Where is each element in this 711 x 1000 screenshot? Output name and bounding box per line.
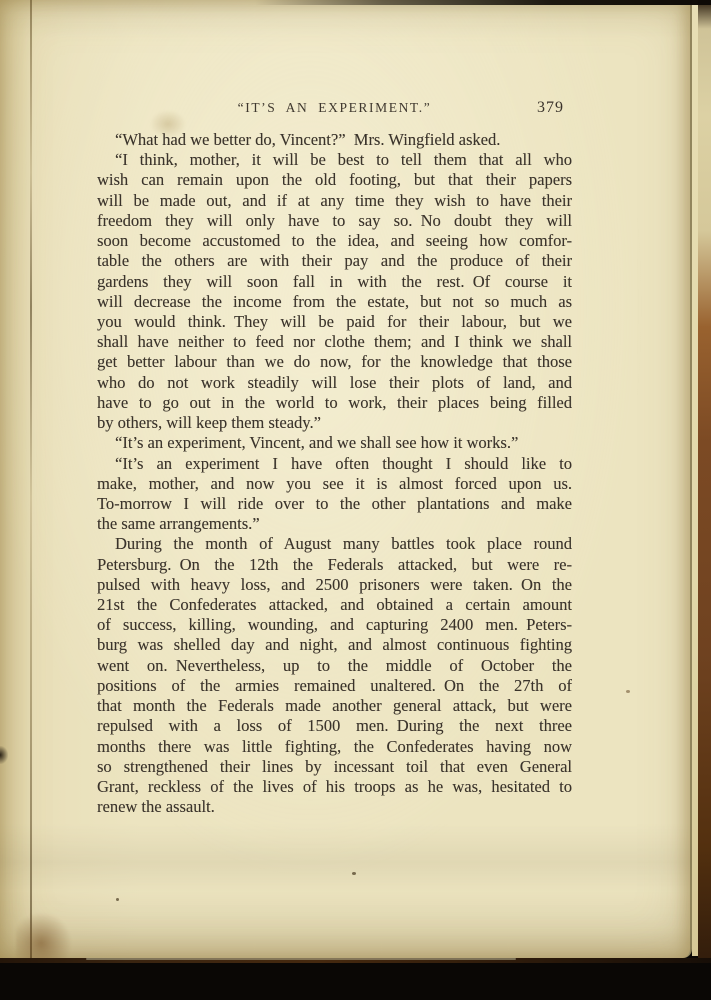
text-line: positions of the armies remained unalter… [97,676,572,696]
left-edge-mark [0,746,8,764]
page-header: “IT’S AN EXPERIMENT.” 379 [97,100,572,120]
text-line: During the month of August many battles … [97,534,572,554]
text-line: by others, will keep them steady.” [97,413,572,433]
text-line: freedom they will only have to say so. N… [97,211,572,231]
text-line: “What had we better do, Vincent?” Mrs. W… [97,130,572,150]
text-line: get better labour than we do now, for th… [97,352,572,372]
bottom-left-stain [16,912,72,960]
text-line: so strengthened their lines by incessant… [97,757,572,777]
text-line: shall have neither to feed nor clothe th… [97,332,572,352]
text-line: have to go out in the world to work, the… [97,393,572,413]
text-line: gardens they will soon fall in with the … [97,272,572,292]
text-line: soon become accustomed to the idea, and … [97,231,572,251]
paragraph: “It’s an experiment, Vincent, and we sha… [97,433,572,453]
page-number: 379 [537,99,564,117]
text-line: wish can remain upon the old footing, bu… [97,170,572,190]
paragraph: During the month of August many battles … [97,534,572,817]
text-line: went on. Nevertheless, up to the middle … [97,656,572,676]
book-cover-edge [698,0,711,962]
text-line: pulsed with heavy loss, and 2500 prisone… [97,575,572,595]
text-line: Petersburg. On the 12th the Federals att… [97,555,572,575]
text-line: the same arrangements.” [97,514,572,534]
text-line: “It’s an experiment, Vincent, and we sha… [97,433,572,453]
text-line: who do not work steadily will lose their… [97,373,572,393]
text-line: repulsed with a loss of 1500 men. During… [97,716,572,736]
text-line: “It’s an experiment I have often thought… [97,454,572,474]
running-title: “IT’S AN EXPERIMENT.” [97,100,572,116]
text-line: Grant, reckless of the lives of his troo… [97,777,572,797]
page-gutter-crease [30,0,32,958]
text-line: To-morrow I will ride over to the other … [97,494,572,514]
book-bottom-shadow [0,958,711,1000]
paragraph: “It’s an experiment I have often thought… [97,454,572,535]
body-text: “What had we better do, Vincent?” Mrs. W… [97,130,572,817]
scanned-book-photo: “IT’S AN EXPERIMENT.” 379 “What had we b… [0,0,711,1000]
paper-speck [626,690,630,693]
text-line: make, mother, and now you see it is almo… [97,474,572,494]
book-page: “IT’S AN EXPERIMENT.” 379 “What had we b… [0,0,692,958]
text-line: 21st the Confederates attacked, and obta… [97,595,572,615]
top-shadow-line [255,0,711,5]
text-line: that month the Federals made another gen… [97,696,572,716]
text-line: of success, killing, wounding, and captu… [97,615,572,635]
text-line: months there was little fighting, the Co… [97,737,572,757]
paper-speck [352,872,356,875]
text-line: you would think. They will be paid for t… [97,312,572,332]
text-line: renew the assault. [97,797,572,817]
text-line: “I think, mother, it will be best to tel… [97,150,572,170]
paragraph: “What had we better do, Vincent?” Mrs. W… [97,130,572,150]
text-line: will be made out, and if at any time the… [97,191,572,211]
text-line: table the others are with their pay and … [97,251,572,271]
paper-speck [116,898,119,901]
paragraph: “I think, mother, it will be best to tel… [97,150,572,433]
text-line: burg was shelled day and night, and almo… [97,635,572,655]
text-line: will decrease the income from the estate… [97,292,572,312]
